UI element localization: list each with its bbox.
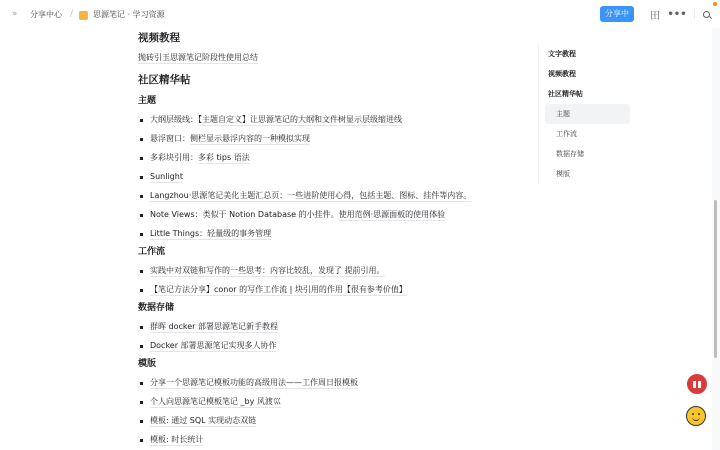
- toc-item-text-tutorials[interactable]: 文字教程: [539, 44, 630, 64]
- cat-emoji-icon: [79, 11, 88, 20]
- item-link[interactable]: 侧栏显示悬浮内容的一种模拟实现: [190, 134, 310, 145]
- toc-item-community[interactable]: 社区精华帖: [539, 84, 630, 104]
- item-link[interactable]: Langzhou·思源笔记美化主题汇总页：一些进阶使用心得，包括主题、图标、挂件…: [150, 191, 471, 202]
- storage-list: 群晖 docker 部署思源笔记新手教程 Docker 部署思源笔记实现多人协作: [138, 317, 518, 355]
- table-of-contents: 文字教程 视频教程 社区精华帖 主题 工作流 数据存储 模版: [538, 44, 630, 184]
- heading-video-tutorials: 视频教程: [138, 28, 518, 48]
- breadcrumb: » 分享中心 / 思源笔记 · 学习资源: [0, 9, 167, 20]
- layout-icon[interactable]: 田: [648, 7, 662, 21]
- list-item: 模板: 通过 SQL 实现动态双链: [138, 411, 518, 430]
- share-button[interactable]: 分享中: [600, 6, 634, 22]
- gift-button[interactable]: [687, 374, 707, 394]
- item-label: Note Views：类似于 Notion Database 的小挂件。: [150, 210, 339, 219]
- item-link[interactable]: 群晖 docker 部署思源笔记新手教程: [150, 322, 278, 333]
- item-link[interactable]: 模板: 时长统计: [150, 435, 203, 446]
- list-item: 大纲层级线：【主题自定义】让思源笔记的大纲和文件树显示层级缩进线: [138, 110, 518, 129]
- list-item: Langzhou·思源笔记美化主题汇总页：一些进阶使用心得，包括主题、图标、挂件…: [138, 186, 518, 205]
- gift-icon: [693, 381, 701, 388]
- heading-community: 社区精华帖: [138, 70, 518, 90]
- item-link[interactable]: 使用范例·思源面板的使用体验: [339, 210, 446, 221]
- toc-item-workflow[interactable]: 工作流: [539, 124, 630, 144]
- toc-item-theme[interactable]: 主题: [545, 104, 630, 124]
- scrollbar-thumb[interactable]: [714, 200, 717, 358]
- toolbar: 分享中 田 •••: [600, 0, 720, 28]
- toc-item-video-tutorials[interactable]: 视频教程: [539, 64, 630, 84]
- notification-dot: [713, 2, 717, 6]
- toc-item-templates[interactable]: 模版: [539, 164, 630, 184]
- search-icon[interactable]: [703, 11, 710, 18]
- item-link[interactable]: 分享一个思源笔记模板功能的高级用法——工作周日报模板: [150, 378, 358, 389]
- top-bar: » 分享中心 / 思源笔记 · 学习资源 分享中 田 •••: [0, 0, 720, 28]
- section-title-storage: 数据存储: [138, 299, 518, 317]
- item-label: 悬浮窗口：: [150, 134, 190, 143]
- toolbar-divider: [694, 9, 695, 19]
- list-item: 悬浮窗口：侧栏显示悬浮内容的一种模拟实现: [138, 129, 518, 148]
- item-link[interactable]: 实践中对双链和写作的一些思考：内容比较乱，发现了 提前引用。: [150, 266, 385, 277]
- section-title-workflow: 工作流: [138, 243, 518, 261]
- video-paragraph: 抛砖引玉思源笔记阶段性使用总结: [138, 48, 518, 68]
- list-item: 群晖 docker 部署思源笔记新手教程: [138, 317, 518, 336]
- item-link[interactable]: Docker 部署思源笔记实现多人协作: [150, 341, 277, 352]
- list-item: Little Things：轻量级的事务管理: [138, 224, 518, 243]
- templates-list: 分享一个思源笔记模板功能的高级用法——工作周日报模板 个人向思源笔记模板笔记 _…: [138, 373, 518, 449]
- workflow-list: 实践中对双链和写作的一些思考：内容比较乱，发现了 提前引用。 【笔记方法分享】c…: [138, 261, 518, 299]
- item-link[interactable]: Little Things：轻量级的事务管理: [150, 229, 271, 240]
- item-label: 大纲层级线：: [150, 115, 198, 124]
- theme-list: 大纲层级线：【主题自定义】让思源笔记的大纲和文件树显示层级缩进线 悬浮窗口：侧栏…: [138, 110, 518, 243]
- list-item: 个人向思源笔记模板笔记 _by 风渡巛: [138, 392, 518, 411]
- list-item: Note Views：类似于 Notion Database 的小挂件。使用范例…: [138, 205, 518, 224]
- breadcrumb-separator: /: [70, 9, 73, 19]
- item-label: 多彩块引用：: [150, 153, 198, 162]
- list-item: 分享一个思源笔记模板功能的高级用法——工作周日报模板: [138, 373, 518, 392]
- item-link[interactable]: 【笔记方法分享】conor 的写作工作流 | 块引用的作用【很有参考价值】: [150, 285, 407, 296]
- item-link[interactable]: Sunlight: [150, 172, 183, 183]
- list-item: 模板: 时长统计: [138, 430, 518, 449]
- document-content: 视频教程 抛砖引玉思源笔记阶段性使用总结 社区精华帖 主题 大纲层级线：【主题自…: [138, 28, 518, 449]
- assistant-mascot-icon[interactable]: [686, 406, 706, 426]
- list-item: 实践中对双链和写作的一些思考：内容比较乱，发现了 提前引用。: [138, 261, 518, 280]
- list-item: 【笔记方法分享】conor 的写作工作流 | 块引用的作用【很有参考价值】: [138, 280, 518, 299]
- more-icon[interactable]: •••: [670, 7, 684, 21]
- item-link[interactable]: 模板: 通过 SQL 实现动态双链: [150, 416, 256, 427]
- list-item: 多彩块引用：多彩 tips 语法: [138, 148, 518, 167]
- breadcrumb-share-center[interactable]: 分享中心: [28, 9, 64, 20]
- item-link[interactable]: 【主题自定义】让思源笔记的大纲和文件树显示层级缩进线: [198, 115, 402, 126]
- list-item: Sunlight: [138, 167, 518, 186]
- section-title-templates: 模版: [138, 355, 518, 373]
- item-link[interactable]: 多彩 tips 语法: [198, 153, 250, 164]
- video-link[interactable]: 抛砖引玉思源笔记阶段性使用总结: [138, 53, 258, 64]
- item-link[interactable]: 个人向思源笔记模板笔记 _by 风渡巛: [150, 397, 281, 408]
- list-item: Docker 部署思源笔记实现多人协作: [138, 336, 518, 355]
- breadcrumb-current-doc[interactable]: 思源笔记 · 学习资源: [91, 9, 167, 20]
- expand-sidebar-icon[interactable]: »: [0, 9, 28, 19]
- toc-item-storage[interactable]: 数据存储: [539, 144, 630, 164]
- section-title-theme: 主题: [138, 92, 518, 110]
